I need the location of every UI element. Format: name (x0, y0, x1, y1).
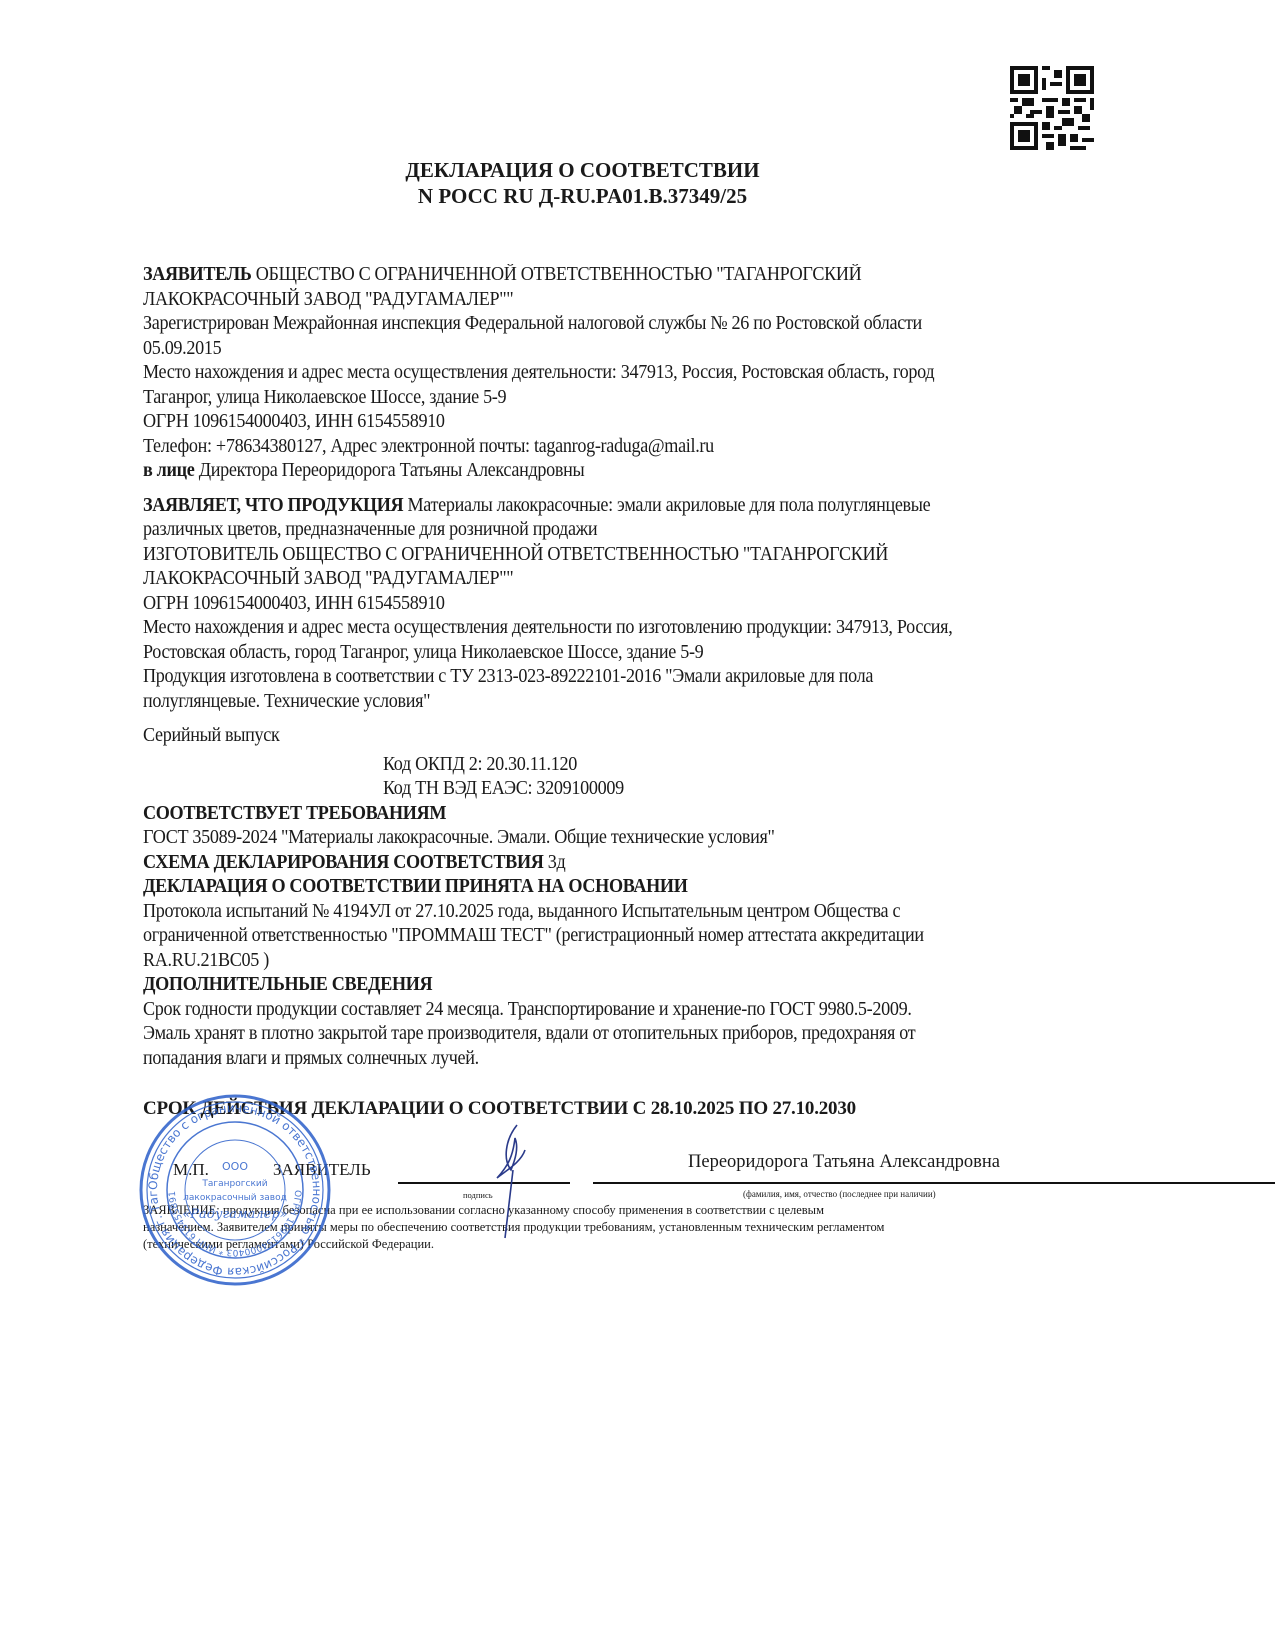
product-description: Материалы лакокрасочные: эмали акриловые… (403, 495, 930, 516)
company-stamp-icon: Общество с ограниченной ответственностью… (135, 1090, 335, 1290)
additional-label: ДОПОЛНИТЕЛЬНЫЕ СВЕДЕНИЯ (143, 973, 1147, 998)
stamp-ooo: ООО (222, 1160, 248, 1173)
applicant-label: ЗАЯВИТЕЛЬ (143, 264, 252, 285)
additional-line-3: попадания влаги и прямых солнечных лучей… (143, 1047, 1147, 1072)
declaration-number: N РОСС RU Д-RU.PA01.B.37349/25 (0, 183, 1220, 209)
applicant-address: Место нахождения и адрес места осуществл… (143, 361, 1147, 386)
requirements-section: СООТВЕТСТВУЕТ ТРЕБОВАНИЯМ ГОСТ 35089-202… (143, 802, 1147, 851)
product-spec-cont: полуглянцевые. Технические условия" (143, 690, 1147, 715)
basis-label: ДЕКЛАРАЦИЯ О СООТВЕТСТВИИ ПРИНЯТА НА ОСН… (143, 875, 1147, 900)
product-section: ЗАЯВЛЯЕТ, ЧТО ПРОДУКЦИЯ Материалы лакокр… (143, 494, 1147, 802)
requirements-label: СООТВЕТСТВУЕТ ТРЕБОВАНИЯМ (143, 802, 1147, 827)
additional-section: ДОПОЛНИТЕЛЬНЫЕ СВЕДЕНИЯ Срок годности пр… (143, 973, 1147, 1071)
additional-line-1: Срок годности продукции составляет 24 ме… (143, 998, 1147, 1023)
manufacturer-name: ИЗГОТОВИТЕЛЬ ОБЩЕСТВО С ОГРАНИЧЕННОЙ ОТВ… (143, 543, 1147, 568)
manufacturer-address-cont: Ростовская область, город Таганрог, улиц… (143, 641, 1147, 666)
product-spec: Продукция изготовлена в соответствии с Т… (143, 665, 1147, 690)
scheme-label: СХЕМА ДЕКЛАРИРОВАНИЯ СООТВЕТСТВИЯ (143, 852, 543, 873)
applicant-address-cont: Таганрог, улица Николаевское Шоссе, здан… (143, 386, 1147, 411)
title-line-1: ДЕКЛАРАЦИЯ О СООТВЕТСТВИИ (0, 157, 1220, 183)
okpd-code: Код ОКПД 2: 20.30.11.120 (143, 753, 1147, 778)
basis-line-1: Протокола испытаний № 4194УЛ от 27.10.20… (143, 900, 1147, 925)
basis-line-2: ограниченной ответственностью "ПРОММАШ Т… (143, 924, 1147, 949)
product-description-cont: различных цветов, предназначенные для ро… (143, 518, 1147, 543)
name-line (593, 1182, 1275, 1184)
scheme-value: 3д (543, 852, 565, 873)
tnved-code: Код ТН ВЭД ЕАЭС: 3209100009 (143, 777, 1147, 802)
manufacturer-ids: ОГРН 1096154000403, ИНН 6154558910 (143, 592, 1147, 617)
document-body: ЗАЯВИТЕЛЬ ОБЩЕСТВО С ОГРАНИЧЕННОЙ ОТВЕТС… (143, 263, 1143, 1071)
product-label: ЗАЯВЛЯЕТ, ЧТО ПРОДУКЦИЯ (143, 495, 403, 516)
manufacturer-address: Место нахождения и адрес места осуществл… (143, 616, 1147, 641)
stamp-line-2: лакокрасочный завод (183, 1193, 287, 1203)
applicant-ids: ОГРН 1096154000403, ИНН 6154558910 (143, 410, 1147, 435)
serial-production: Серийный выпуск (143, 724, 1147, 749)
document-title: ДЕКЛАРАЦИЯ О СООТВЕТСТВИИ N РОСС RU Д-RU… (0, 157, 1220, 209)
representative-label: в лице (143, 460, 194, 481)
additional-line-2: Эмаль хранят в плотно закрытой таре прои… (143, 1022, 1147, 1047)
manufacturer-name-cont: ЛАКОКРАСОЧНЫЙ ЗАВОД "РАДУГАМАЛЕР"" (143, 567, 1147, 592)
handwritten-signature-icon (485, 1120, 545, 1240)
applicant-name-cont: ЛАКОКРАСОЧНЫЙ ЗАВОД "РАДУГАМАЛЕР"" (143, 288, 1147, 313)
applicant-section: ЗАЯВИТЕЛЬ ОБЩЕСТВО С ОГРАНИЧЕННОЙ ОТВЕТС… (143, 263, 1147, 484)
qr-code-icon (1010, 66, 1094, 150)
name-caption: (фамилия, имя, отчество (последнее при н… (743, 1189, 936, 1199)
basis-section: ДЕКЛАРАЦИЯ О СООТВЕТСТВИИ ПРИНЯТА НА ОСН… (143, 875, 1147, 973)
stamp-line-1: Таганрогский (201, 1179, 267, 1189)
requirements-standard: ГОСТ 35089-2024 "Материалы лакокрасочные… (143, 826, 1147, 851)
stamp-brand: «Радугамалер» (182, 1207, 287, 1222)
registration-info: Зарегистрирован Межрайонная инспекция Фе… (143, 312, 1147, 337)
signer-name: Переоридорога Татьяна Александровна (688, 1152, 1000, 1173)
basis-line-3: RA.RU.21ВС05 ) (143, 949, 1147, 974)
scheme-section: СХЕМА ДЕКЛАРИРОВАНИЯ СООТВЕТСТВИЯ 3д (143, 851, 1147, 876)
applicant-contacts: Телефон: +78634380127, Адрес электронной… (143, 435, 1147, 460)
representative-name: Директора Переоридорога Татьяны Александ… (194, 460, 584, 481)
applicant-name: ОБЩЕСТВО С ОГРАНИЧЕННОЙ ОТВЕТСТВЕННОСТЬЮ… (252, 264, 862, 285)
registration-date: 05.09.2015 (143, 337, 1147, 362)
